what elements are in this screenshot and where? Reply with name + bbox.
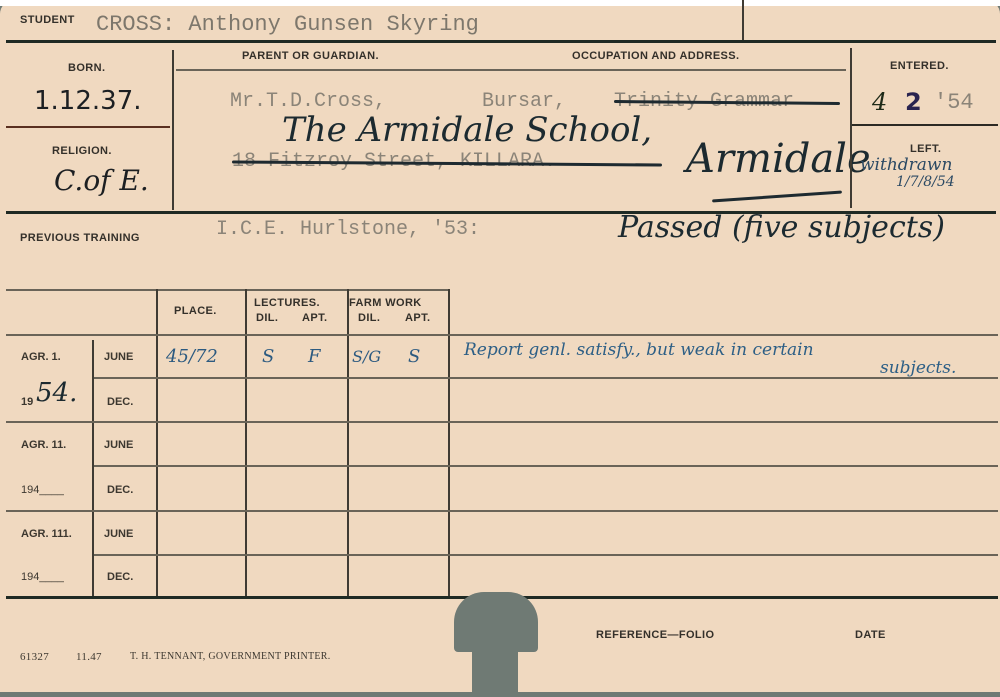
row-term: DEC. [107, 571, 133, 583]
row-year-label: AGR. 1. [21, 351, 61, 363]
row-year-label: AGR. 11. [21, 439, 66, 451]
row-line [6, 421, 998, 423]
row-year-label: AGR. 111. [21, 528, 72, 540]
date-label: DATE [855, 629, 886, 641]
header-divider [742, 0, 744, 40]
row-year-label: 194____ [21, 484, 64, 496]
previous-training-label: PREVIOUS TRAINING [20, 232, 140, 244]
entered-label: ENTERED. [890, 60, 949, 72]
address-underline [712, 190, 842, 202]
row-year-label: 194____ [21, 571, 64, 583]
farm-apt-header: APT. [405, 312, 430, 324]
student-name: CROSS: Anthony Gunsen Skyring [96, 12, 479, 37]
place-header: PLACE. [174, 305, 217, 317]
born-rule [6, 126, 170, 128]
table-top-rule [6, 289, 448, 291]
row-year-handwritten: 54. [36, 378, 77, 408]
born-divider [172, 50, 174, 210]
occupation-label: OCCUPATION AND ADDRESS. [572, 50, 739, 62]
address-handwritten: Armidale [686, 136, 871, 182]
parent-rule [176, 69, 846, 71]
row-term: JUNE [104, 439, 133, 451]
row-place: 45/72 [166, 346, 218, 367]
left-date: 1/7/8/54 [896, 174, 955, 190]
row-term: JUNE [104, 351, 133, 363]
printer-date: 11.47 [76, 651, 102, 663]
parent-label: PARENT OR GUARDIAN. [242, 50, 379, 62]
entered-divider [850, 48, 852, 208]
row-lec-dil: S [262, 346, 274, 367]
farm-dil-header: DIL. [358, 312, 380, 324]
student-record-card: STUDENT CROSS: Anthony Gunsen Skyring BO… [0, 0, 1000, 697]
farm-work-header: FARM WORK [349, 297, 422, 309]
row-farm-apt: S [408, 346, 420, 367]
left-label: LEFT. [910, 143, 941, 155]
occupation-handwritten: The Armidale School, [282, 110, 652, 150]
entered-day: 4 [872, 88, 887, 116]
row-line [94, 554, 998, 556]
entered-year: '54 [934, 90, 974, 115]
row-term: DEC. [107, 484, 133, 496]
born-label: BORN. [68, 62, 105, 74]
header-rule [6, 40, 996, 43]
row-line [94, 377, 998, 379]
row-year-label: 19 [21, 396, 33, 408]
previous-training-typed: I.C.E. Hurlstone, '53: [216, 218, 480, 241]
row-line [6, 510, 998, 512]
row-term: JUNE [104, 528, 133, 540]
card-bottom-edge [0, 692, 1000, 697]
reference-folio-label: REFERENCE—FOLIO [596, 629, 714, 641]
left-note: withdrawn [860, 155, 952, 175]
lectures-apt-header: APT. [302, 312, 327, 324]
row-farm-dil: S/G [352, 347, 381, 366]
top-edge [0, 0, 1000, 6]
row-remarks-cont: subjects. [880, 358, 956, 378]
entered-rule [852, 124, 998, 126]
row-term: DEC. [107, 396, 133, 408]
previous-training-handwritten: Passed (five subjects) [618, 210, 945, 245]
printer-code: 61327 [20, 651, 49, 663]
entered-month: 2 [905, 88, 922, 116]
filing-notch-stem [472, 640, 518, 697]
religion-label: RELIGION. [52, 145, 112, 157]
born-value: 1.12.37. [34, 86, 142, 116]
lectures-header: LECTURES. [254, 297, 320, 309]
row-lec-apt: F [308, 346, 321, 367]
religion-value: C.of E. [54, 164, 149, 197]
student-label: STUDENT [20, 14, 75, 26]
row-line [6, 334, 998, 336]
row-line [94, 465, 998, 467]
lectures-dil-header: DIL. [256, 312, 278, 324]
row-remarks: Report genl. satisfy., but weak in certa… [464, 340, 814, 360]
printer-name: T. H. TENNANT, GOVERNMENT PRINTER. [130, 651, 331, 662]
